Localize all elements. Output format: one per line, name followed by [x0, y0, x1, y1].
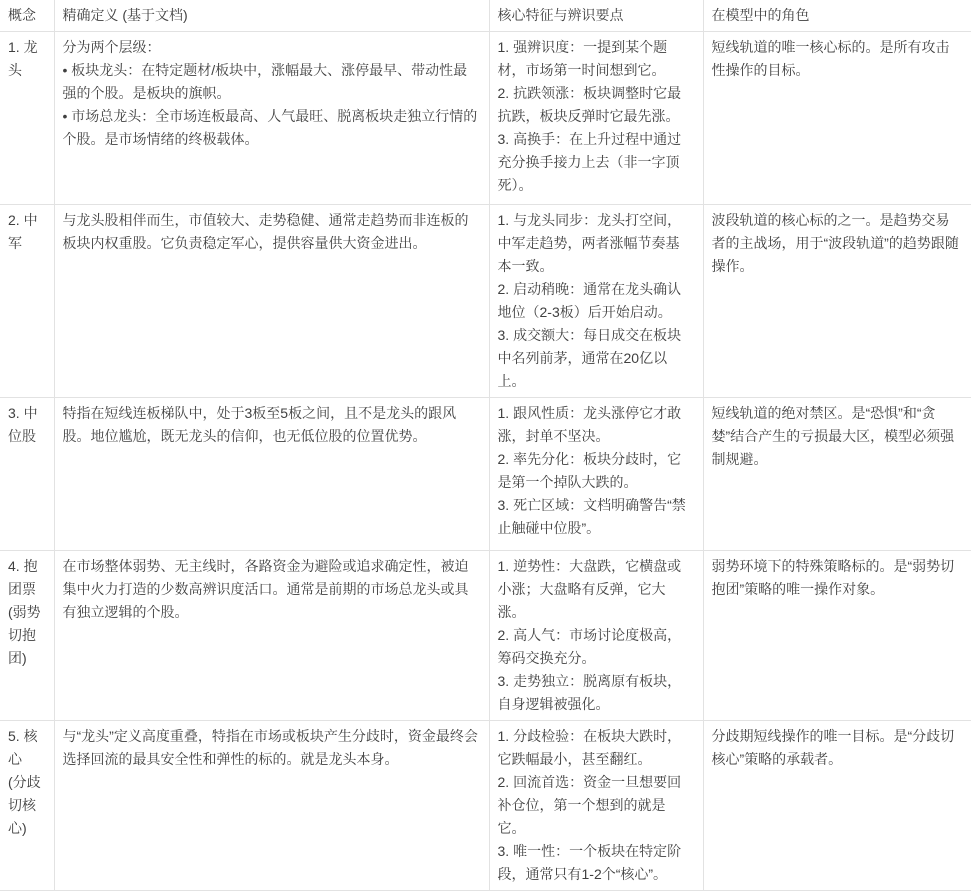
table-body: 1. 龙头 分为两个层级： • 板块龙头：在特定题材/板块中，涨幅最大、涨停最早… [0, 32, 971, 891]
definition-cell: 与“龙头”定义高度重叠，特指在市场或板块产生分歧时，资金最终会选择回流的最具安全… [54, 721, 489, 891]
definition-cell: 在市场整体弱势、无主线时，各路资金为避险或追求确定性，被迫集中火力打造的少数高辨… [54, 551, 489, 721]
column-header-concept: 概念 [0, 0, 54, 32]
concept-cell: 1. 龙头 [0, 32, 54, 205]
role-cell: 波段轨道的核心标的之一。是趋势交易者的主战场，用于“波段轨道”的趋势跟随操作。 [703, 205, 971, 398]
features-cell: 1. 跟风性质：龙头涨停它才敢涨，封单不坚决。 2. 率先分化：板块分歧时，它是… [489, 398, 703, 551]
page: 概念 精确定义 (基于文档) 核心特征与辨识要点 在模型中的角色 1. 龙头 分… [0, 0, 971, 891]
role-cell: 短线轨道的绝对禁区。是“恐惧”和“贪婪”结合产生的亏损最大区，模型必须强制规避。 [703, 398, 971, 551]
column-header-features: 核心特征与辨识要点 [489, 0, 703, 32]
definition-cell: 特指在短线连板梯队中，处于3板至5板之间，且不是龙头的跟风股。地位尴尬，既无龙头… [54, 398, 489, 551]
table-row: 1. 龙头 分为两个层级： • 板块龙头：在特定题材/板块中，涨幅最大、涨停最早… [0, 32, 971, 205]
column-header-role: 在模型中的角色 [703, 0, 971, 32]
definition-cell: 分为两个层级： • 板块龙头：在特定题材/板块中，涨幅最大、涨停最早、带动性最强… [54, 32, 489, 205]
features-cell: 1. 分歧检验：在板块大跌时，它跌幅最小，甚至翻红。 2. 回流首选：资金一旦想… [489, 721, 703, 891]
role-cell: 分歧期短线操作的唯一目标。是“分歧切核心”策略的承载者。 [703, 721, 971, 891]
concept-cell: 3. 中位股 [0, 398, 54, 551]
table-row: 5. 核心 (分歧切核心) 与“龙头”定义高度重叠，特指在市场或板块产生分歧时，… [0, 721, 971, 891]
concept-cell: 2. 中军 [0, 205, 54, 398]
features-cell: 1. 与龙头同步：龙头打空间，中军走趋势，两者涨幅节奏基本一致。 2. 启动稍晚… [489, 205, 703, 398]
table-row: 2. 中军 与龙头股相伴而生，市值较大、走势稳健、通常走趋势而非连板的板块内权重… [0, 205, 971, 398]
role-cell: 弱势环境下的特殊策略标的。是“弱势切抱团”策略的唯一操作对象。 [703, 551, 971, 721]
definition-cell: 与龙头股相伴而生，市值较大、走势稳健、通常走趋势而非连板的板块内权重股。它负责稳… [54, 205, 489, 398]
features-cell: 1. 逆势性：大盘跌，它横盘或小涨；大盘略有反弹，它大涨。 2. 高人气：市场讨… [489, 551, 703, 721]
definition-table: 概念 精确定义 (基于文档) 核心特征与辨识要点 在模型中的角色 1. 龙头 分… [0, 0, 971, 891]
table-row: 3. 中位股 特指在短线连板梯队中，处于3板至5板之间，且不是龙头的跟风股。地位… [0, 398, 971, 551]
table-row: 4. 抱团票 (弱势切抱团) 在市场整体弱势、无主线时，各路资金为避险或追求确定… [0, 551, 971, 721]
column-header-definition: 精确定义 (基于文档) [54, 0, 489, 32]
role-cell: 短线轨道的唯一核心标的。是所有攻击性操作的目标。 [703, 32, 971, 205]
table-header: 概念 精确定义 (基于文档) 核心特征与辨识要点 在模型中的角色 [0, 0, 971, 32]
concept-cell: 4. 抱团票 (弱势切抱团) [0, 551, 54, 721]
features-cell: 1. 强辨识度：一提到某个题材，市场第一时间想到它。 2. 抗跌领涨：板块调整时… [489, 32, 703, 205]
concept-cell: 5. 核心 (分歧切核心) [0, 721, 54, 891]
header-row: 概念 精确定义 (基于文档) 核心特征与辨识要点 在模型中的角色 [0, 0, 971, 32]
